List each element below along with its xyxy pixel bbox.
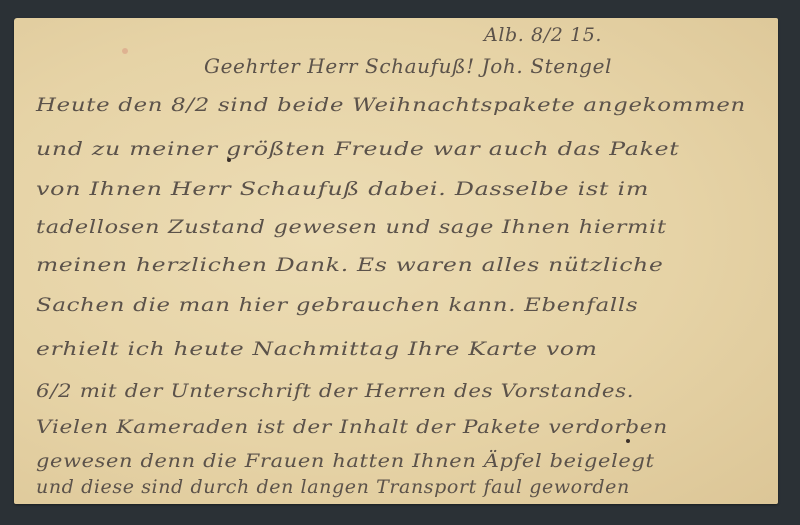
text-line-4: tadellosen Zustand gewesen und sage Ihne… — [36, 216, 667, 238]
text-line-8: 6/2 mit der Unterschrift der Herren des … — [36, 380, 634, 402]
stain — [122, 48, 128, 54]
text-line-5: meinen herzlichen Dank. Es waren alles n… — [36, 254, 664, 276]
text-line-3: von Ihnen Herr Schaufuß dabei. Dasselbe … — [36, 178, 649, 200]
ink-blot — [626, 439, 630, 443]
text-line-9: Vielen Kameraden ist der Inhalt der Pake… — [36, 416, 668, 438]
text-line-10: gewesen denn die Frauen hatten Ihnen Äpf… — [36, 450, 655, 472]
text-line-11: und diese sind durch den langen Transpor… — [36, 476, 630, 498]
text-line-6: Sachen die man hier gebrauchen kann. Ebe… — [36, 294, 638, 316]
text-line-1: Heute den 8/2 sind beide Weihnachtspaket… — [36, 94, 746, 116]
text-line-2: und zu meiner größten Freude war auch da… — [36, 138, 680, 160]
text-line-7: erhielt ich heute Nachmittag Ihre Karte … — [36, 338, 598, 360]
postcard: Alb. 8/2 15. Geehrter Herr Schaufuß! Joh… — [14, 18, 778, 504]
dateline: Alb. 8/2 15. — [484, 24, 602, 46]
ink-blot — [227, 158, 231, 162]
greeting: Geehrter Herr Schaufuß! Joh. Stengel — [204, 54, 612, 78]
